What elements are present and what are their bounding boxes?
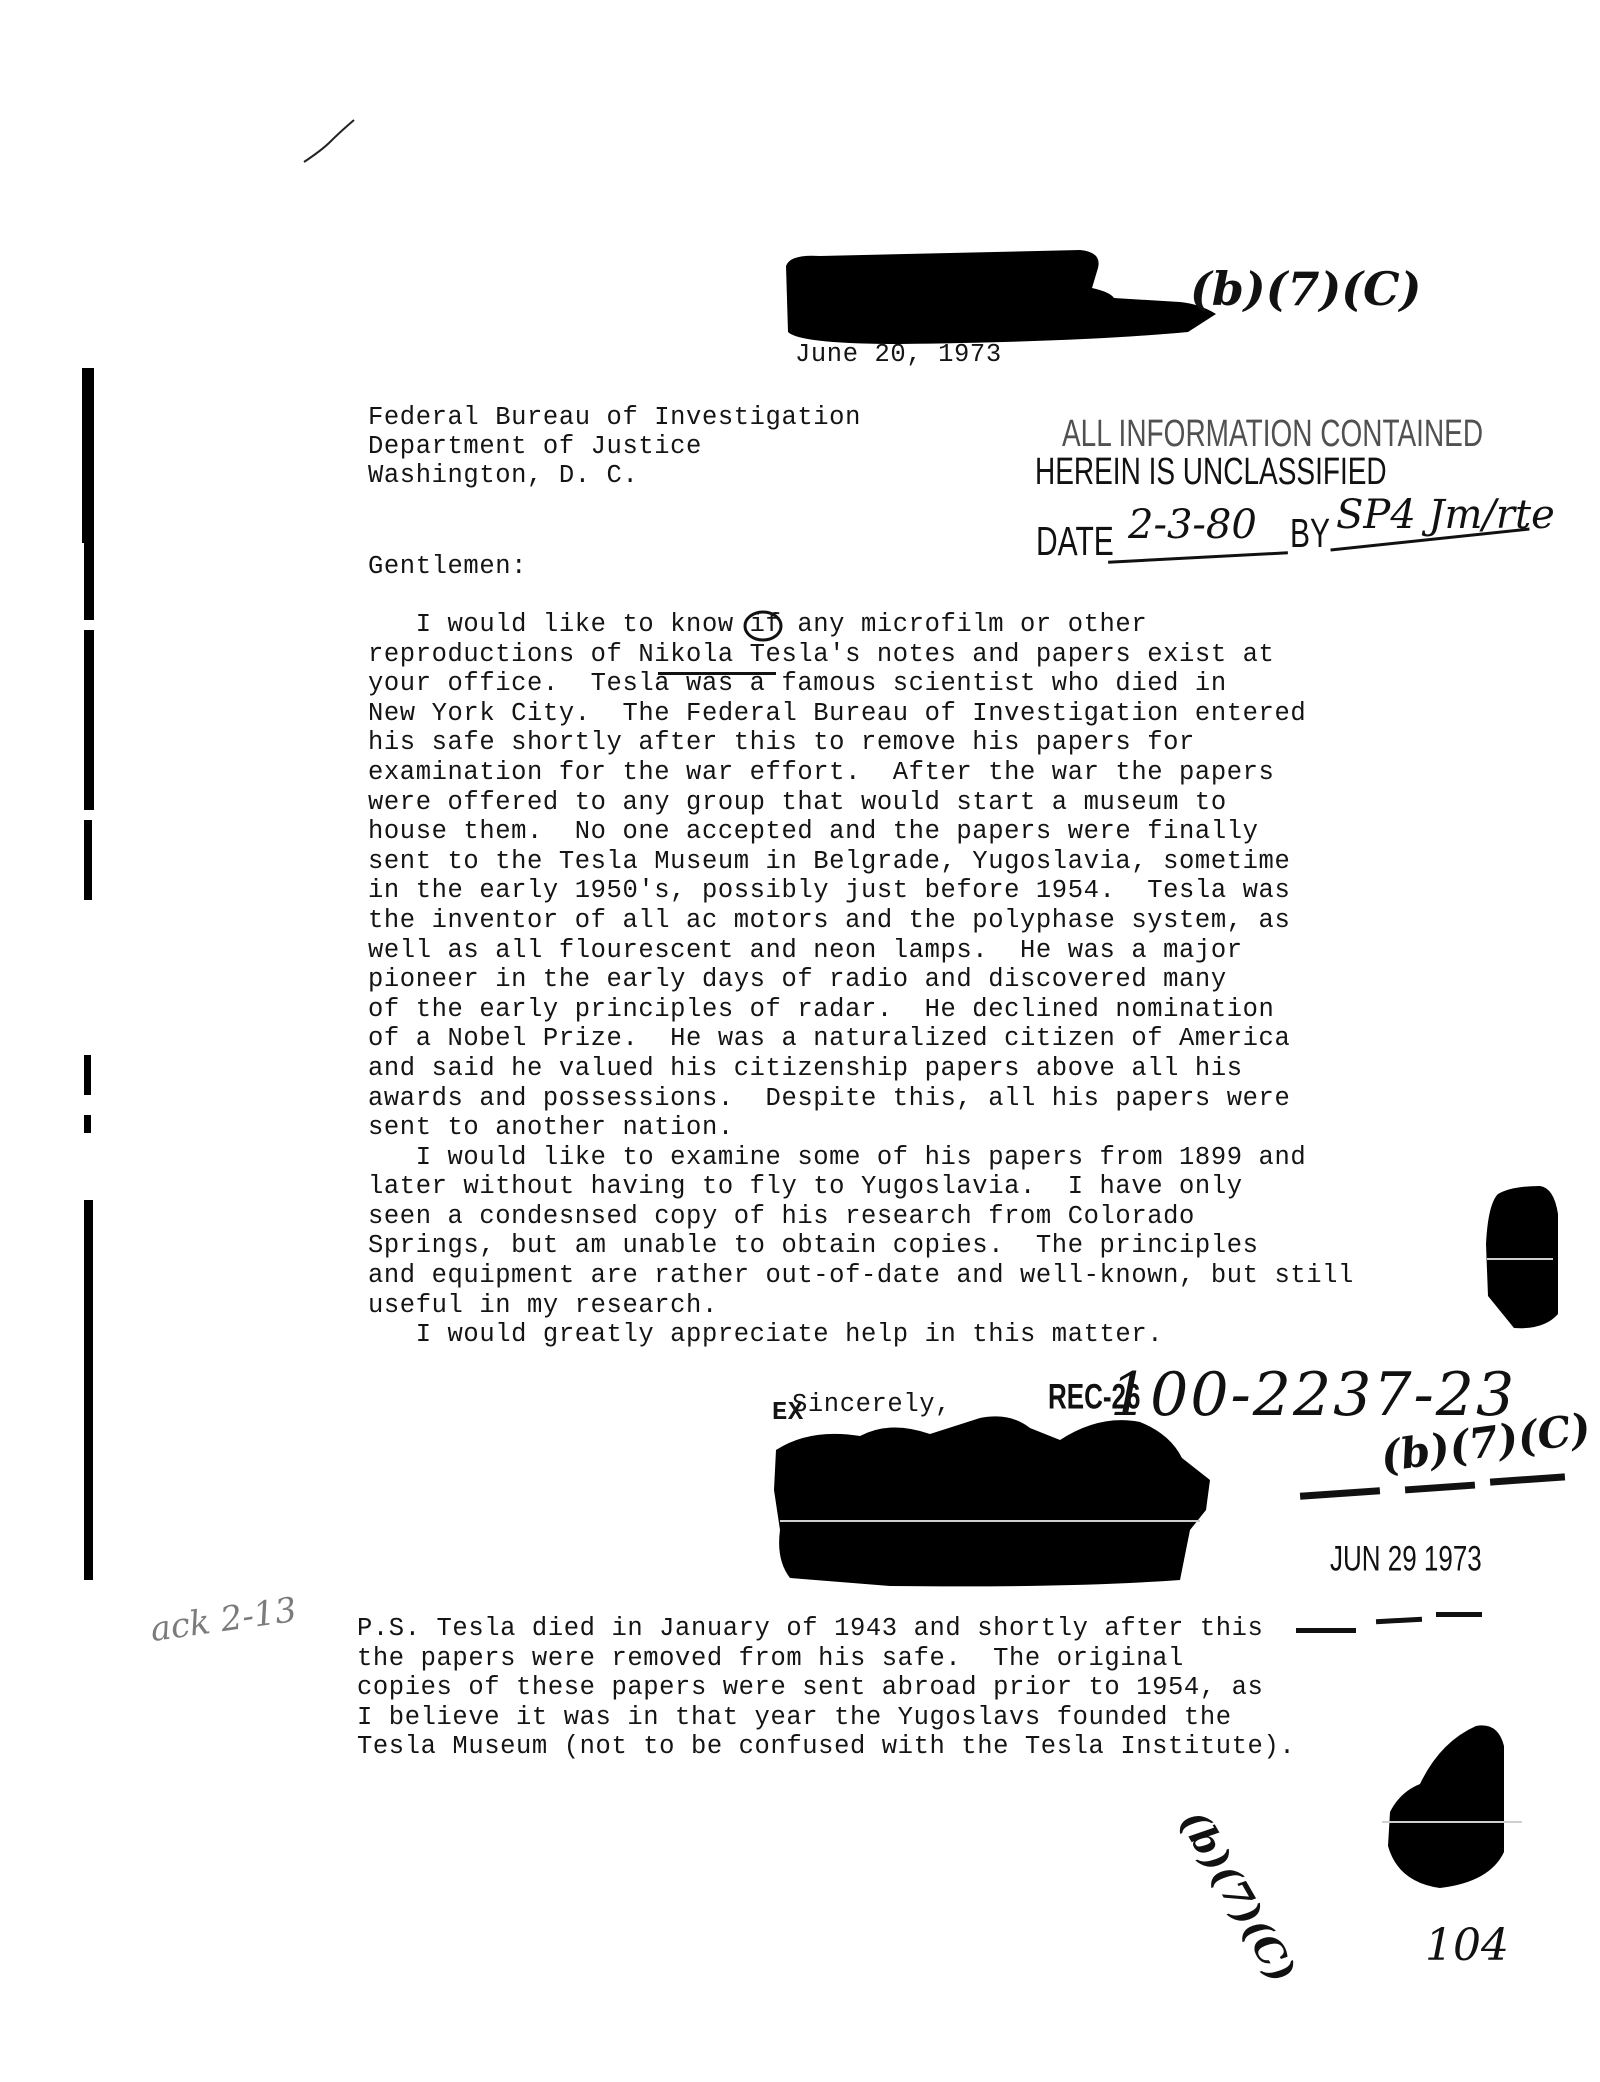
strike-mark [1300,1487,1380,1500]
exemption-mark-bottom: (b)(7)(C) [1171,1802,1306,1990]
pen-stroke-mark [300,112,360,172]
margin-note: ack 2-13 [148,1590,299,1650]
scan-artifact [780,1520,1200,1522]
binding-mark [84,540,94,620]
text-line: his safe shortly after this to remove hi… [368,728,1354,758]
text-line: Tesla Museum (not to be confused with th… [357,1732,1295,1762]
text-line: I believe it was in that year the Yugosl… [357,1703,1295,1733]
exemption-mark-top: (b)(7)(C) [1190,262,1421,316]
text-line: of a Nobel Prize. He was a naturalized c… [368,1024,1354,1054]
text-line: and equipment are rather out-of-date and… [368,1261,1354,1291]
name-underline [658,672,776,675]
text-line: the inventor of all ac motors and the po… [368,906,1354,936]
text-line: in the early 1950's, possibly just befor… [368,876,1354,906]
text-line: sent to another nation. [368,1113,1354,1143]
text-line: the papers were removed from his safe. T… [357,1644,1295,1674]
addressee-line: Washington, D. C. [368,461,638,491]
redaction-signature [770,1410,1250,1590]
binding-mark [84,1055,91,1095]
stamp-line-1: ALL INFORMATION CONTAINED [1062,412,1483,455]
text-line: I would like to know if any microfilm or… [368,610,1354,640]
received-stamp: JUN 29 1973 [1330,1538,1482,1580]
page-number: 104 [1425,1920,1509,1971]
binding-mark [84,1200,93,1580]
text-line: useful in my research. [368,1291,1354,1321]
letter-body: I would like to know if any microfilm or… [368,610,1354,1350]
text-line: copies of these papers were sent abroad … [357,1673,1295,1703]
scan-artifact [1487,1258,1553,1260]
postscript: P.S. Tesla died in January of 1943 and s… [357,1614,1295,1762]
stamp-date-label: DATE [1036,520,1114,566]
addressee-line: Federal Bureau of Investigation [368,403,861,433]
text-line: house them. No one accepted and the pape… [368,817,1354,847]
letter-page: (b)(7)(C) June 20, 1973 Federal Bureau o… [0,0,1600,2082]
text-line: sent to the Tesla Museum in Belgrade, Yu… [368,847,1354,877]
text-line: seen a condesnsed copy of his research f… [368,1202,1354,1232]
text-line: New York City. The Federal Bureau of Inv… [368,699,1354,729]
addressee-line: Department of Justice [368,432,702,462]
binding-mark [84,820,92,900]
binding-mark [84,1115,91,1133]
stamp-date-underline [1108,551,1288,563]
strikeout-this [1296,1628,1356,1633]
strike-mark [1490,1473,1565,1485]
text-line: and said he valued his citizenship paper… [368,1054,1354,1084]
text-line: later without having to fly to Yugoslavi… [368,1172,1354,1202]
strike-mark [1405,1482,1475,1494]
text-line: Springs, but am unable to obtain copies.… [368,1231,1354,1261]
text-line: I would greatly appreciate help in this … [368,1320,1354,1350]
text-line: I would like to examine some of his pape… [368,1143,1354,1173]
binding-mark [84,630,94,810]
stamp-date-value: 2-3-80 [1128,502,1257,548]
scan-artifact [1382,1821,1522,1823]
redaction-top [780,248,1220,348]
strike-mark [1376,1617,1422,1624]
text-line: reproductions of Nikola Tesla's notes an… [368,640,1354,670]
salutation: Gentlemen: [368,552,527,582]
text-line: awards and possessions. Despite this, al… [368,1084,1354,1114]
binding-mark [82,368,94,543]
stamp-by-label: BY [1290,512,1330,558]
redaction-bottom [1380,1722,1540,1902]
text-line: P.S. Tesla died in January of 1943 and s… [357,1614,1295,1644]
text-line: of the early principles of radar. He dec… [368,995,1354,1025]
text-line: pioneer in the early days of radio and d… [368,965,1354,995]
text-line: your office. Tesla was a famous scientis… [368,669,1354,699]
text-line: examination for the war effort. After th… [368,758,1354,788]
circle-annotation [728,600,798,650]
letter-date: June 20, 1973 [795,340,1002,370]
text-line: were offered to any group that would sta… [368,788,1354,818]
strike-mark [1436,1612,1482,1617]
text-line: well as all flourescent and neon lamps. … [368,936,1354,966]
stamp-line-2: HEREIN IS UNCLASSIFIED [1035,450,1387,493]
